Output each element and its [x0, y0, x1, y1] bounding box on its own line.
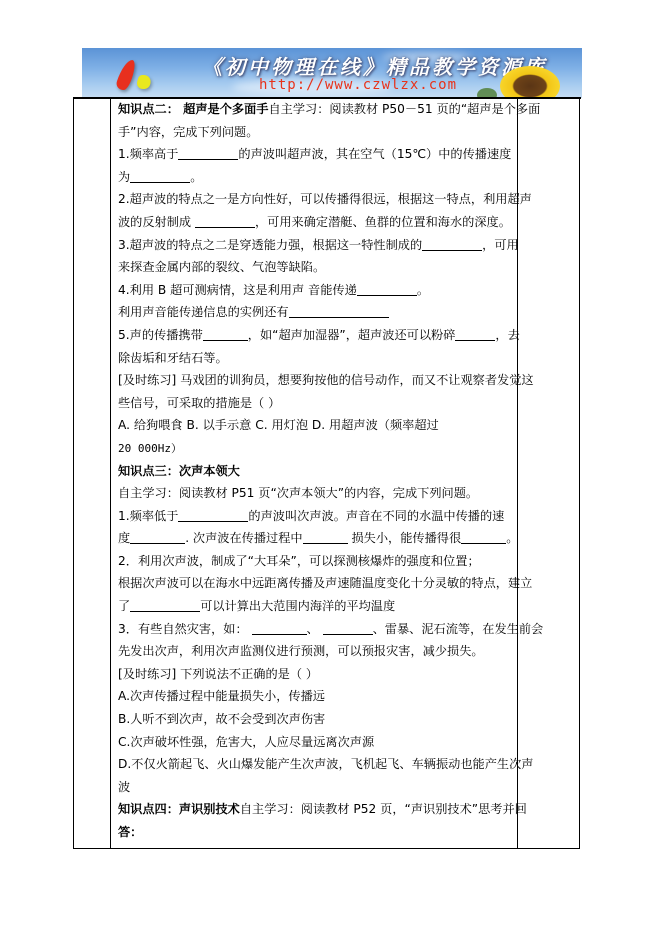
- question-line: 2．利用次声波，制成了“大耳朵”，可以探测核爆炸的强度和位置；: [118, 550, 516, 573]
- option-line: C.次声破坏性强，危害大，人应尽量远离次声源: [118, 731, 516, 754]
- option-b: B.人听不到次声，故不会受到次声伤害: [118, 712, 325, 726]
- answer-blank[interactable]: [195, 213, 255, 228]
- question-line: 先发出次声，利用次声监测仪进行预测，可以预报灾害，减少损失。: [118, 640, 516, 663]
- question-line: 利用声音能传递信息的实例还有: [118, 301, 516, 324]
- q3-text: 先发出次声，利用次声监测仪进行预测，可以预报灾害，减少损失。: [118, 644, 484, 658]
- q1-text: 1.频率高于: [118, 147, 178, 161]
- text-line: 答：: [118, 821, 516, 844]
- q1-text: . 次声波在传播过程中: [185, 531, 302, 545]
- logo-yellow-mark-icon: [135, 75, 154, 89]
- question-line: 除齿垢和牙结石等。: [118, 347, 516, 370]
- q1-text: 。: [190, 170, 202, 184]
- q4-text: 。: [417, 283, 429, 297]
- q1-text: 的声波叫超声波，其在空气（15℃）中的传播速度: [238, 147, 511, 161]
- q5-text: ，去: [495, 328, 519, 342]
- option-d: D.不仅火箭起飞、火山爆发能产生次声波，飞机起飞、车辆振动也能产生次声: [118, 757, 533, 771]
- question-line: 为。: [118, 166, 516, 189]
- answer-blank[interactable]: [130, 597, 200, 612]
- question-line: 波的反射制成 ，可用来确定潜艇、鱼群的位置和海水的深度。: [118, 211, 516, 234]
- answer-blank[interactable]: [461, 529, 506, 544]
- text-line: 手”内容，完成下列问题。: [118, 121, 516, 144]
- q5-text: 除齿垢和牙结石等。: [118, 351, 228, 365]
- answer-blank[interactable]: [455, 326, 495, 341]
- question-line: 了可以计算出大范围内海洋的平均温度: [118, 595, 516, 618]
- q1-text: 的声波叫次声波。声音在不同的水温中传播的速: [248, 509, 504, 523]
- answer-blank[interactable]: [252, 620, 307, 635]
- question-line: 2.超声波的特点之一是方向性好，可以传播得很远，根据这一特点，利用超声: [118, 188, 516, 211]
- answer-blank[interactable]: [178, 145, 238, 160]
- q2-text: ，可用来确定潜艇、鱼群的位置和海水的深度。: [255, 215, 511, 229]
- practice-options: A. 给狗喂食 B. 以手示意 C. 用灯泡 D. 用超声波（频率超过: [118, 418, 439, 432]
- q1-text: 。: [506, 531, 518, 545]
- option-c: C.次声破坏性强，危害大，人应尽量远离次声源: [118, 735, 374, 749]
- section4-heading-line: 知识点四：声识别技术自主学习：阅读教材 P52 页，“声识别技术”思考并回: [118, 798, 516, 821]
- section4-heading: 知识点四：声识别技术: [118, 802, 240, 816]
- q4-text: 4.利用 B 超可测病情，这是利用声 音能传递: [118, 283, 357, 297]
- practice-line: [及时练习] 马戏团的训狗员，想要狗按他的信号动作，而又不让观察者发觉这: [118, 369, 516, 392]
- practice-line: 些信号，可采取的措施是（ ）: [118, 392, 516, 415]
- worksheet-table: 知识点二： 超声是个多面手自主学习：阅读教材 P50－51 页的“超声是个多面 …: [73, 98, 580, 849]
- banner-url: http://www.czwlzx.com: [259, 77, 457, 93]
- answer-blank[interactable]: [130, 529, 185, 544]
- answer-blank[interactable]: [203, 326, 248, 341]
- answer-blank[interactable]: [303, 529, 348, 544]
- answer-blank[interactable]: [422, 236, 482, 251]
- q3-text: 、雷暴、泥石流等，在发生前会: [373, 622, 544, 636]
- options-line: 20 000Hz）: [118, 437, 516, 460]
- question-line: 根据次声波可以在海水中远距离传播及声速随温度变化十分灵敏的特点，建立: [118, 572, 516, 595]
- text-line: 自主学习：阅读教材 P51 页“次声本领大”的内容，完成下列问题。: [118, 482, 516, 505]
- q1-text: 1.频率低于: [118, 509, 178, 523]
- options-line: A. 给狗喂食 B. 以手示意 C. 用灯泡 D. 用超声波（频率超过: [118, 414, 516, 437]
- q3-text: ，可用: [482, 238, 519, 252]
- practice-options-cont: 20 000Hz）: [118, 442, 182, 455]
- q5-text: ，如“超声加湿器”，超声波还可以粉碎: [248, 328, 456, 342]
- q2-text: 可以计算出大范围内海洋的平均温度: [200, 599, 395, 613]
- q4-text: 利用声音能传递信息的实例还有: [118, 305, 289, 319]
- q2-text: 波的反射制成: [118, 215, 191, 229]
- option-line: D.不仅火箭起飞、火山爆发能产生次声波，飞机起飞、车辆振动也能产生次声: [118, 753, 516, 776]
- question-line: 度. 次声波在传播过程中 损失小，能传播得很。: [118, 527, 516, 550]
- q2-text: 根据次声波可以在海水中远距离传播及声速随温度变化十分灵敏的特点，建立: [118, 576, 532, 590]
- question-line: 4.利用 B 超可测病情，这是利用声 音能传递。: [118, 279, 516, 302]
- q1-text: 度: [118, 531, 130, 545]
- option-a: A.次声传播过程中能量损失小，传播远: [118, 689, 325, 703]
- option-line: B.人听不到次声，故不会受到次声伤害: [118, 708, 516, 731]
- worksheet-content: 知识点二： 超声是个多面手自主学习：阅读教材 P50－51 页的“超声是个多面 …: [118, 98, 516, 844]
- q2-text: 2.超声波的特点之一是方向性好，可以传播得很远，根据这一特点，利用超声: [118, 192, 532, 206]
- q1-text: 损失小，能传播得很: [348, 531, 462, 545]
- q1-text: 为: [118, 170, 130, 184]
- section4-intro-cont: 答：: [118, 825, 142, 839]
- practice-text: 些信号，可采取的措施是（ ）: [118, 396, 280, 410]
- answer-blank[interactable]: [357, 281, 417, 296]
- question-line: 3.超声波的特点之二是穿透能力强，根据这一特性制成的，可用: [118, 234, 516, 257]
- answer-blank[interactable]: [178, 507, 248, 522]
- section2-intro-cont: 手”内容，完成下列问题。: [118, 125, 258, 139]
- question-line: 5.声的传播携带，如“超声加湿器”，超声波还可以粉碎，去: [118, 324, 516, 347]
- logo-red-mark-icon: [114, 60, 138, 90]
- question-line: 1.频率高于的声波叫超声波，其在空气（15℃）中的传播速度: [118, 143, 516, 166]
- practice-text: [及时练习] 马戏团的训狗员，想要狗按他的信号动作，而又不让观察者发觉这: [118, 373, 534, 387]
- section4-intro: 自主学习：阅读教材 P52 页，“声识别技术”思考并回: [240, 802, 527, 816]
- question-line: 3．有些自然灾害，如： 、 、雷暴、泥石流等，在发生前会: [118, 618, 516, 641]
- q3-text: 3．有些自然灾害，如：: [118, 622, 248, 636]
- section2-heading: 知识点二： 超声是个多面手: [118, 102, 269, 116]
- section2-intro: 自主学习：阅读教材 P50－51 页的“超声是个多面: [269, 102, 541, 116]
- practice-text: [及时练习] 下列说法不正确的是（ ）: [118, 667, 318, 681]
- option-line: A.次声传播过程中能量损失小，传播远: [118, 685, 516, 708]
- option-d-cont: 波: [118, 780, 130, 794]
- column-divider-left: [110, 98, 111, 848]
- column-divider-right: [517, 98, 518, 848]
- section3-intro: 自主学习：阅读教材 P51 页“次声本领大”的内容，完成下列问题。: [118, 486, 478, 500]
- option-line: 波: [118, 776, 516, 799]
- q5-text: 5.声的传播携带: [118, 328, 203, 342]
- sunflower-icon: [500, 66, 560, 98]
- banner-title: 《初中物理在线》精品教学资源库: [202, 51, 547, 80]
- q2-text: 2．利用次声波，制成了“大耳朵”，可以探测核爆炸的强度和位置；: [118, 554, 480, 568]
- q3-text: 来探查金属内部的裂纹、气泡等缺陷。: [118, 260, 325, 274]
- q3-text: 、: [307, 622, 319, 636]
- q3-text: 3.超声波的特点之二是穿透能力强，根据这一特性制成的: [118, 238, 422, 252]
- answer-blank[interactable]: [130, 168, 190, 183]
- question-line: 来探查金属内部的裂纹、气泡等缺陷。: [118, 256, 516, 279]
- q2-text: 了: [118, 599, 130, 613]
- site-banner: 《初中物理在线》精品教学资源库 http://www.czwlzx.com: [82, 48, 582, 98]
- section3-heading: 知识点三：次声本领大: [118, 464, 240, 478]
- question-line: 1.频率低于的声波叫次声波。声音在不同的水温中传播的速: [118, 505, 516, 528]
- answer-blank[interactable]: [289, 303, 389, 318]
- section3-heading-line: 知识点三：次声本领大: [118, 460, 516, 483]
- practice-line: [及时练习] 下列说法不正确的是（ ）: [118, 663, 516, 686]
- answer-blank[interactable]: [323, 620, 373, 635]
- section2-heading-line: 知识点二： 超声是个多面手自主学习：阅读教材 P50－51 页的“超声是个多面: [118, 98, 516, 121]
